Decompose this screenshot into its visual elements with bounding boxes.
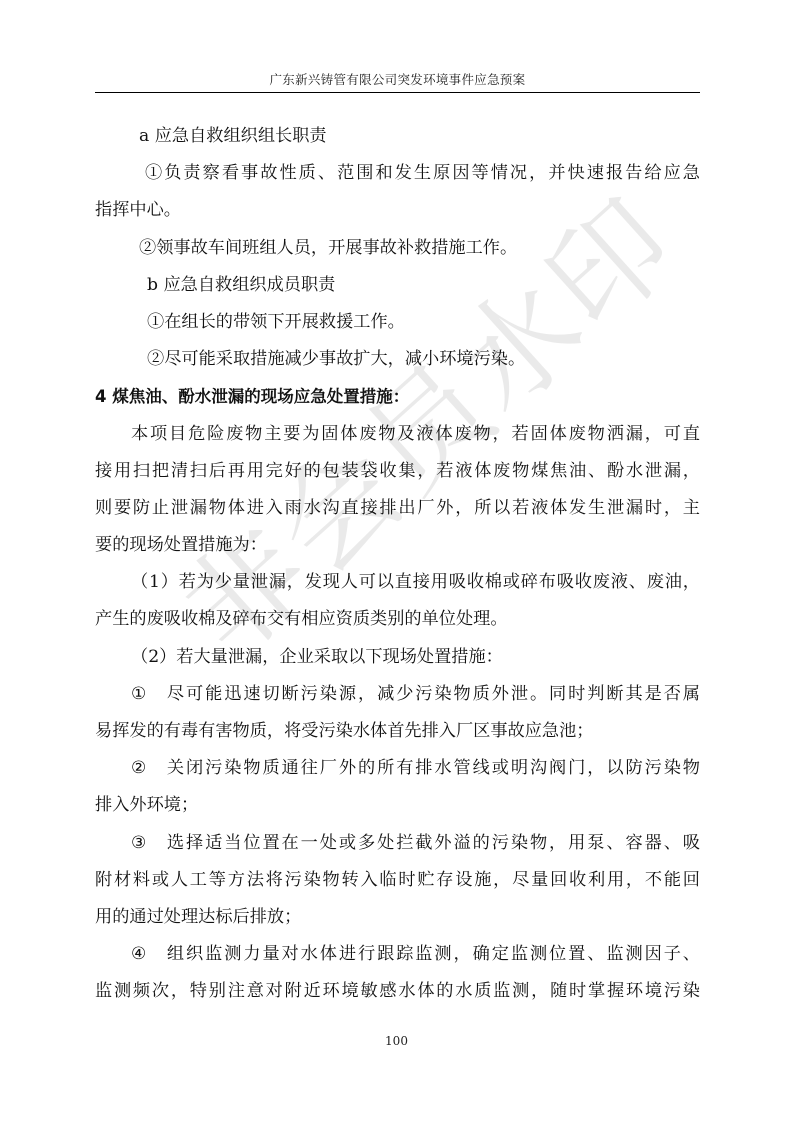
measure-3-line: ③选择适当位置在一处或多处拦截外溢的污染物，用泵、容器、吸 bbox=[95, 825, 700, 862]
measure-4-line: 监测频次，特别注意对附近环境敏感水体的水质监测，随时掌握环境污染 bbox=[95, 973, 700, 1010]
paragraph-line: ①在组长的带领下开展救援工作。 bbox=[95, 304, 700, 341]
measure-text: 选择适当位置在一处或多处拦截外溢的污染物，用泵、容器、吸 bbox=[165, 833, 700, 853]
measure-marker: ② bbox=[131, 750, 165, 787]
document-page: 非会员水印 广东新兴铸管有限公司突发环境事件应急预案 a 应急自救组织组长职责 … bbox=[0, 0, 793, 1122]
large-leak-title: （2）若大量泄漏，企业采取以下现场处置措施： bbox=[95, 639, 700, 676]
section-b-title: b 应急自救组织成员职责 bbox=[95, 267, 700, 304]
paragraph-line: 本项目危险废物主要为固体废物及液体废物，若固体废物洒漏，可直 bbox=[95, 416, 700, 453]
measure-1-line: 易挥发的有毒有害物质，将受污染水体首先排入厂区事故应急池； bbox=[95, 713, 700, 750]
measure-marker: ① bbox=[131, 676, 165, 713]
small-leak-line: 产生的废吸收棉及碎布交有相应资质类别的单位处理。 bbox=[95, 601, 700, 638]
measure-3-line: 附材料或人工等方法将污染物转入临时贮存设施，尽量回收利用，不能回 bbox=[95, 862, 700, 899]
measure-4-line: ④组织监测力量对水体进行跟踪监测，确定监测位置、监测因子、 bbox=[95, 936, 700, 973]
page-number: 100 bbox=[0, 1034, 793, 1048]
small-leak-line: （1）若为少量泄漏，发现人可以直接用吸收棉或碎布吸收废液、废油， bbox=[95, 564, 700, 601]
paragraph-line: ②尽可能采取措施减少事故扩大，减小环境污染。 bbox=[95, 341, 700, 378]
section-4-heading: 4 煤焦油、酚水泄漏的现场应急处置措施： bbox=[95, 378, 700, 415]
measure-2-line: ②关闭污染物质通往厂外的所有排水管线或明沟阀门，以防污染物 bbox=[95, 750, 700, 787]
measure-2-line: 排入外环境； bbox=[95, 787, 700, 824]
section-a-title: a 应急自救组织组长职责 bbox=[95, 118, 700, 155]
measure-text: 关闭污染物质通往厂外的所有排水管线或明沟阀门，以防污染物 bbox=[165, 758, 700, 778]
paragraph-line: 指挥中心。 bbox=[95, 192, 700, 229]
measure-1-line: ①尽可能迅速切断污染源，减少污染物质外泄。同时判断其是否属 bbox=[95, 676, 700, 713]
page-header-title: 广东新兴铸管有限公司突发环境事件应急预案 bbox=[95, 70, 700, 88]
paragraph-line: ②领事故车间班组人员，开展事故补救措施工作。 bbox=[95, 230, 700, 267]
measure-text: 组织监测力量对水体进行跟踪监测，确定监测位置、监测因子、 bbox=[165, 944, 700, 964]
paragraph-line: ①负责察看事故性质、范围和发生原因等情况，并快速报告给应急 bbox=[95, 155, 700, 192]
document-body: a 应急自救组织组长职责 ①负责察看事故性质、范围和发生原因等情况，并快速报告给… bbox=[95, 118, 700, 1011]
paragraph-line: 接用扫把清扫后再用完好的包装袋收集，若液体废物煤焦油、酚水泄漏， bbox=[95, 453, 700, 490]
paragraph-line: 要的现场处置措施为： bbox=[95, 527, 700, 564]
measure-3-line: 用的通过处理达标后排放； bbox=[95, 899, 700, 936]
measure-text: 尽可能迅速切断污染源，减少污染物质外泄。同时判断其是否属 bbox=[165, 684, 700, 704]
paragraph-line: 则要防止泄漏物体进入雨水沟直接排出厂外，所以若液体发生泄漏时，主 bbox=[95, 490, 700, 527]
measure-marker: ③ bbox=[131, 825, 165, 862]
header-divider bbox=[95, 92, 700, 93]
measure-marker: ④ bbox=[131, 936, 165, 973]
